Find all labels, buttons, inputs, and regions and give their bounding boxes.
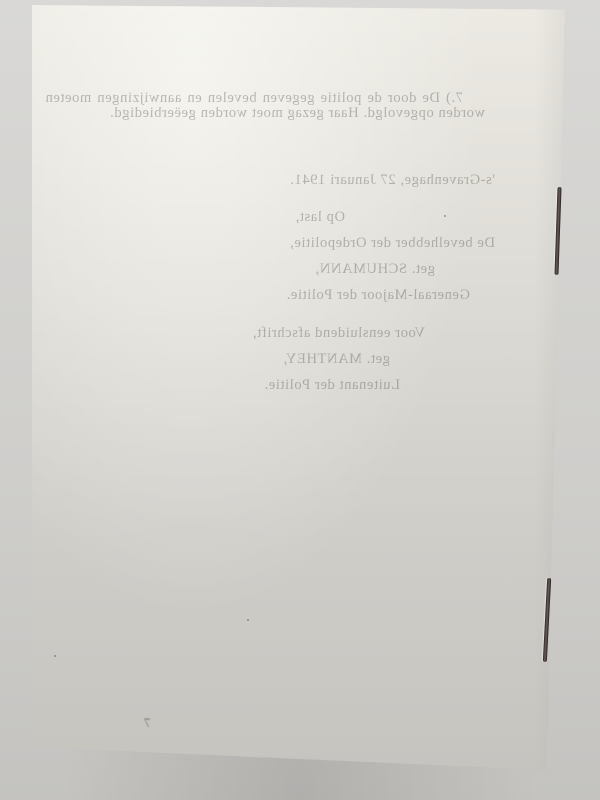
- page-number: 7: [144, 715, 151, 731]
- signatory1-name: get. SCHUMANN,: [315, 261, 435, 278]
- paper-speck: [54, 655, 56, 657]
- by-order-line: Op last,: [295, 209, 345, 226]
- document-page: 7.) De door de politie gegeven bevelen e…: [32, 5, 565, 770]
- signatory1-title: De bevelhebber der Ordepolitie,: [290, 235, 495, 252]
- signatory1-rank: Generaal-Majoor der Politie.: [286, 287, 470, 304]
- signatory2-rank: Luitenant der Politie.: [264, 377, 400, 394]
- paper-speck: [444, 215, 446, 217]
- signatory2-name: get. MANTHEY,: [283, 351, 390, 368]
- copy-note-line: Voor eensluidend afschrift,: [252, 325, 425, 342]
- show-through-text-block: 7.) De door de politie gegeven bevelen e…: [32, 5, 565, 770]
- article-7-paragraph: 7.) De door de politie gegeven bevelen e…: [45, 91, 485, 121]
- paper-speck: [247, 619, 249, 621]
- place-date-line: 's-Gravenhage, 27 Januari 1941.: [290, 172, 495, 189]
